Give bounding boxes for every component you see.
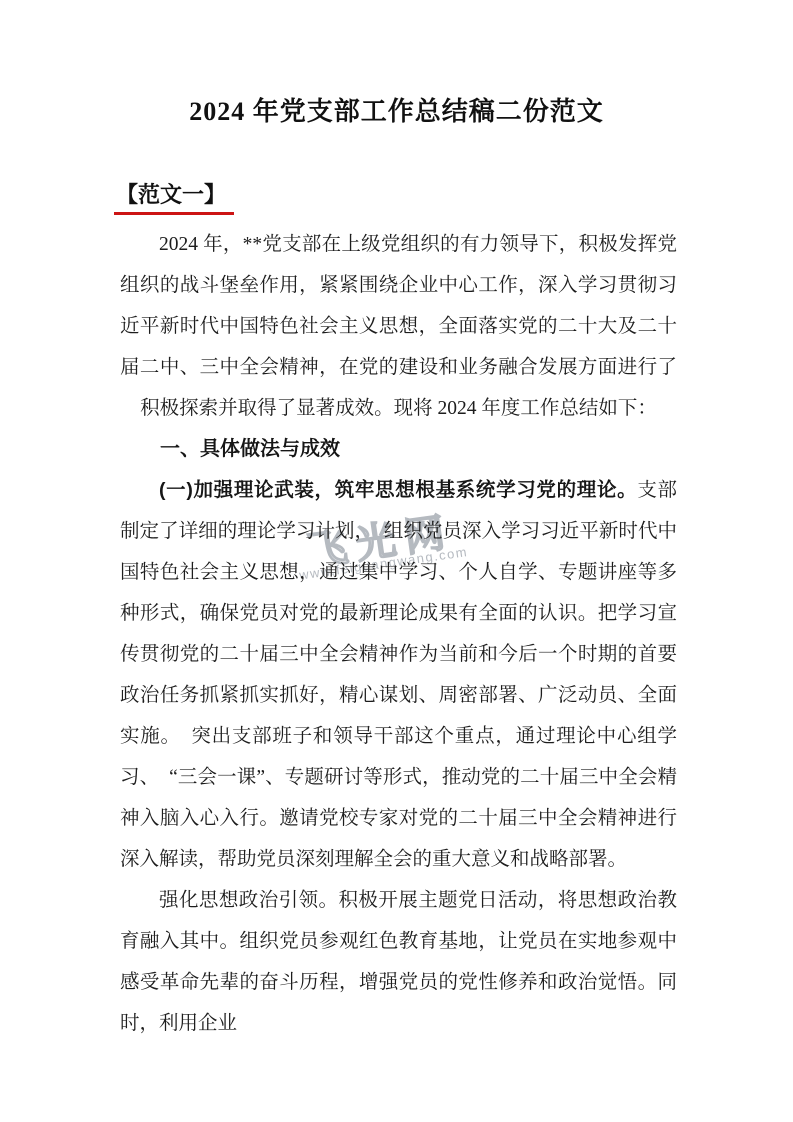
paragraph-ideology: 强化思想政治引领。积极开展主题党日活动，将思想政治教育融入其中。组织党员参观红色… bbox=[120, 880, 677, 1044]
document-title: 2024 年党支部工作总结稿二份范文 bbox=[0, 92, 793, 132]
section-label-wrap: 【范文一】 bbox=[114, 180, 234, 215]
heading-methods-results: 一、具体做法与成效 bbox=[120, 429, 677, 470]
paragraph-intro: 2024 年，**党支部在上级党组织的有力领导下，积极发挥党组织的战斗堡垒作用，… bbox=[120, 224, 677, 429]
paragraph-intro-text: 2024 年，**党支部在上级党组织的有力领导下，积极发挥党组织的战斗堡垒作用，… bbox=[120, 234, 677, 419]
paragraph-ideology-text: 强化思想政治引领。积极开展主题党日活动，将思想政治教育融入其中。组织党员参观红色… bbox=[120, 890, 677, 1034]
section-label: 【范文一】 bbox=[114, 180, 234, 215]
paragraph-theory-body: 支部制定了详细的理论学习计划， 组织党员深入学习习近平新时代中国特色社会主义思想… bbox=[120, 480, 677, 870]
document-page: 飞光网 www.feiguangwang.com 2024 年党支部工作总结稿二… bbox=[0, 0, 793, 1122]
paragraph-theory: (一)加强理论武装，筑牢思想根基系统学习党的理论。支部制定了详细的理论学习计划，… bbox=[120, 470, 677, 880]
document-body: 2024 年，**党支部在上级党组织的有力领导下，积极发挥党组织的战斗堡垒作用，… bbox=[120, 224, 677, 1044]
paragraph-theory-lead: (一)加强理论武装，筑牢思想根基系统学习党的理论。 bbox=[159, 479, 637, 501]
